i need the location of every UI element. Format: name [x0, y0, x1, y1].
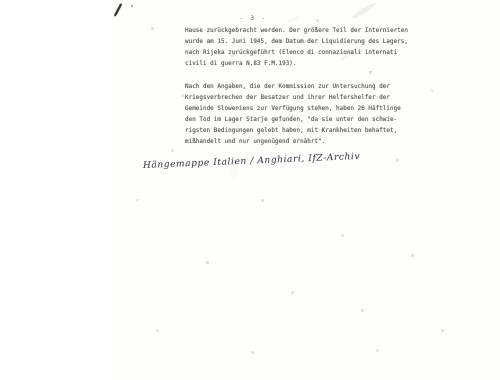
typewritten-line: wurde am 15. Juni 1945, dem Datum der Li… — [185, 37, 397, 48]
paragraph-2: Nach den Angaben, die der Kommission zur… — [185, 82, 397, 147]
typewritten-line: Gemeinde Sloweniens zur Verfügung stehen… — [185, 104, 397, 115]
paragraph-1: Hause zurückgebracht werden. Der größere… — [185, 26, 397, 70]
typewritten-line: mißhandelt und nur ungenügend ernährt". — [185, 137, 397, 148]
scanned-document-image: - 3 - Hause zurückgebracht werden. Der g… — [0, 0, 500, 380]
typewritten-line: Hause zurückgebracht werden. Der größere… — [185, 26, 397, 37]
typewritten-line: den Tod im Lager Starje gefunden, "da si… — [185, 115, 397, 126]
scan-noise-speckles — [112, 0, 113, 1]
typewritten-line: Kriegsverbrechen der Besatzer und ihrer … — [185, 93, 397, 104]
pen-dot-mark — [131, 5, 133, 7]
typewritten-line: nach Rijeka zurückgeführt (Elenco di con… — [185, 48, 397, 59]
typewritten-line: civili di guerra N.83 F.M.193). — [185, 59, 397, 70]
page-number: - 3 - — [228, 14, 278, 22]
typewritten-line: Nach den Angaben, die der Kommission zur… — [185, 82, 397, 93]
scan-smudge — [228, 168, 238, 178]
typewritten-line: rigsten Bedingungen gelebt haben, mit Kr… — [185, 126, 397, 137]
